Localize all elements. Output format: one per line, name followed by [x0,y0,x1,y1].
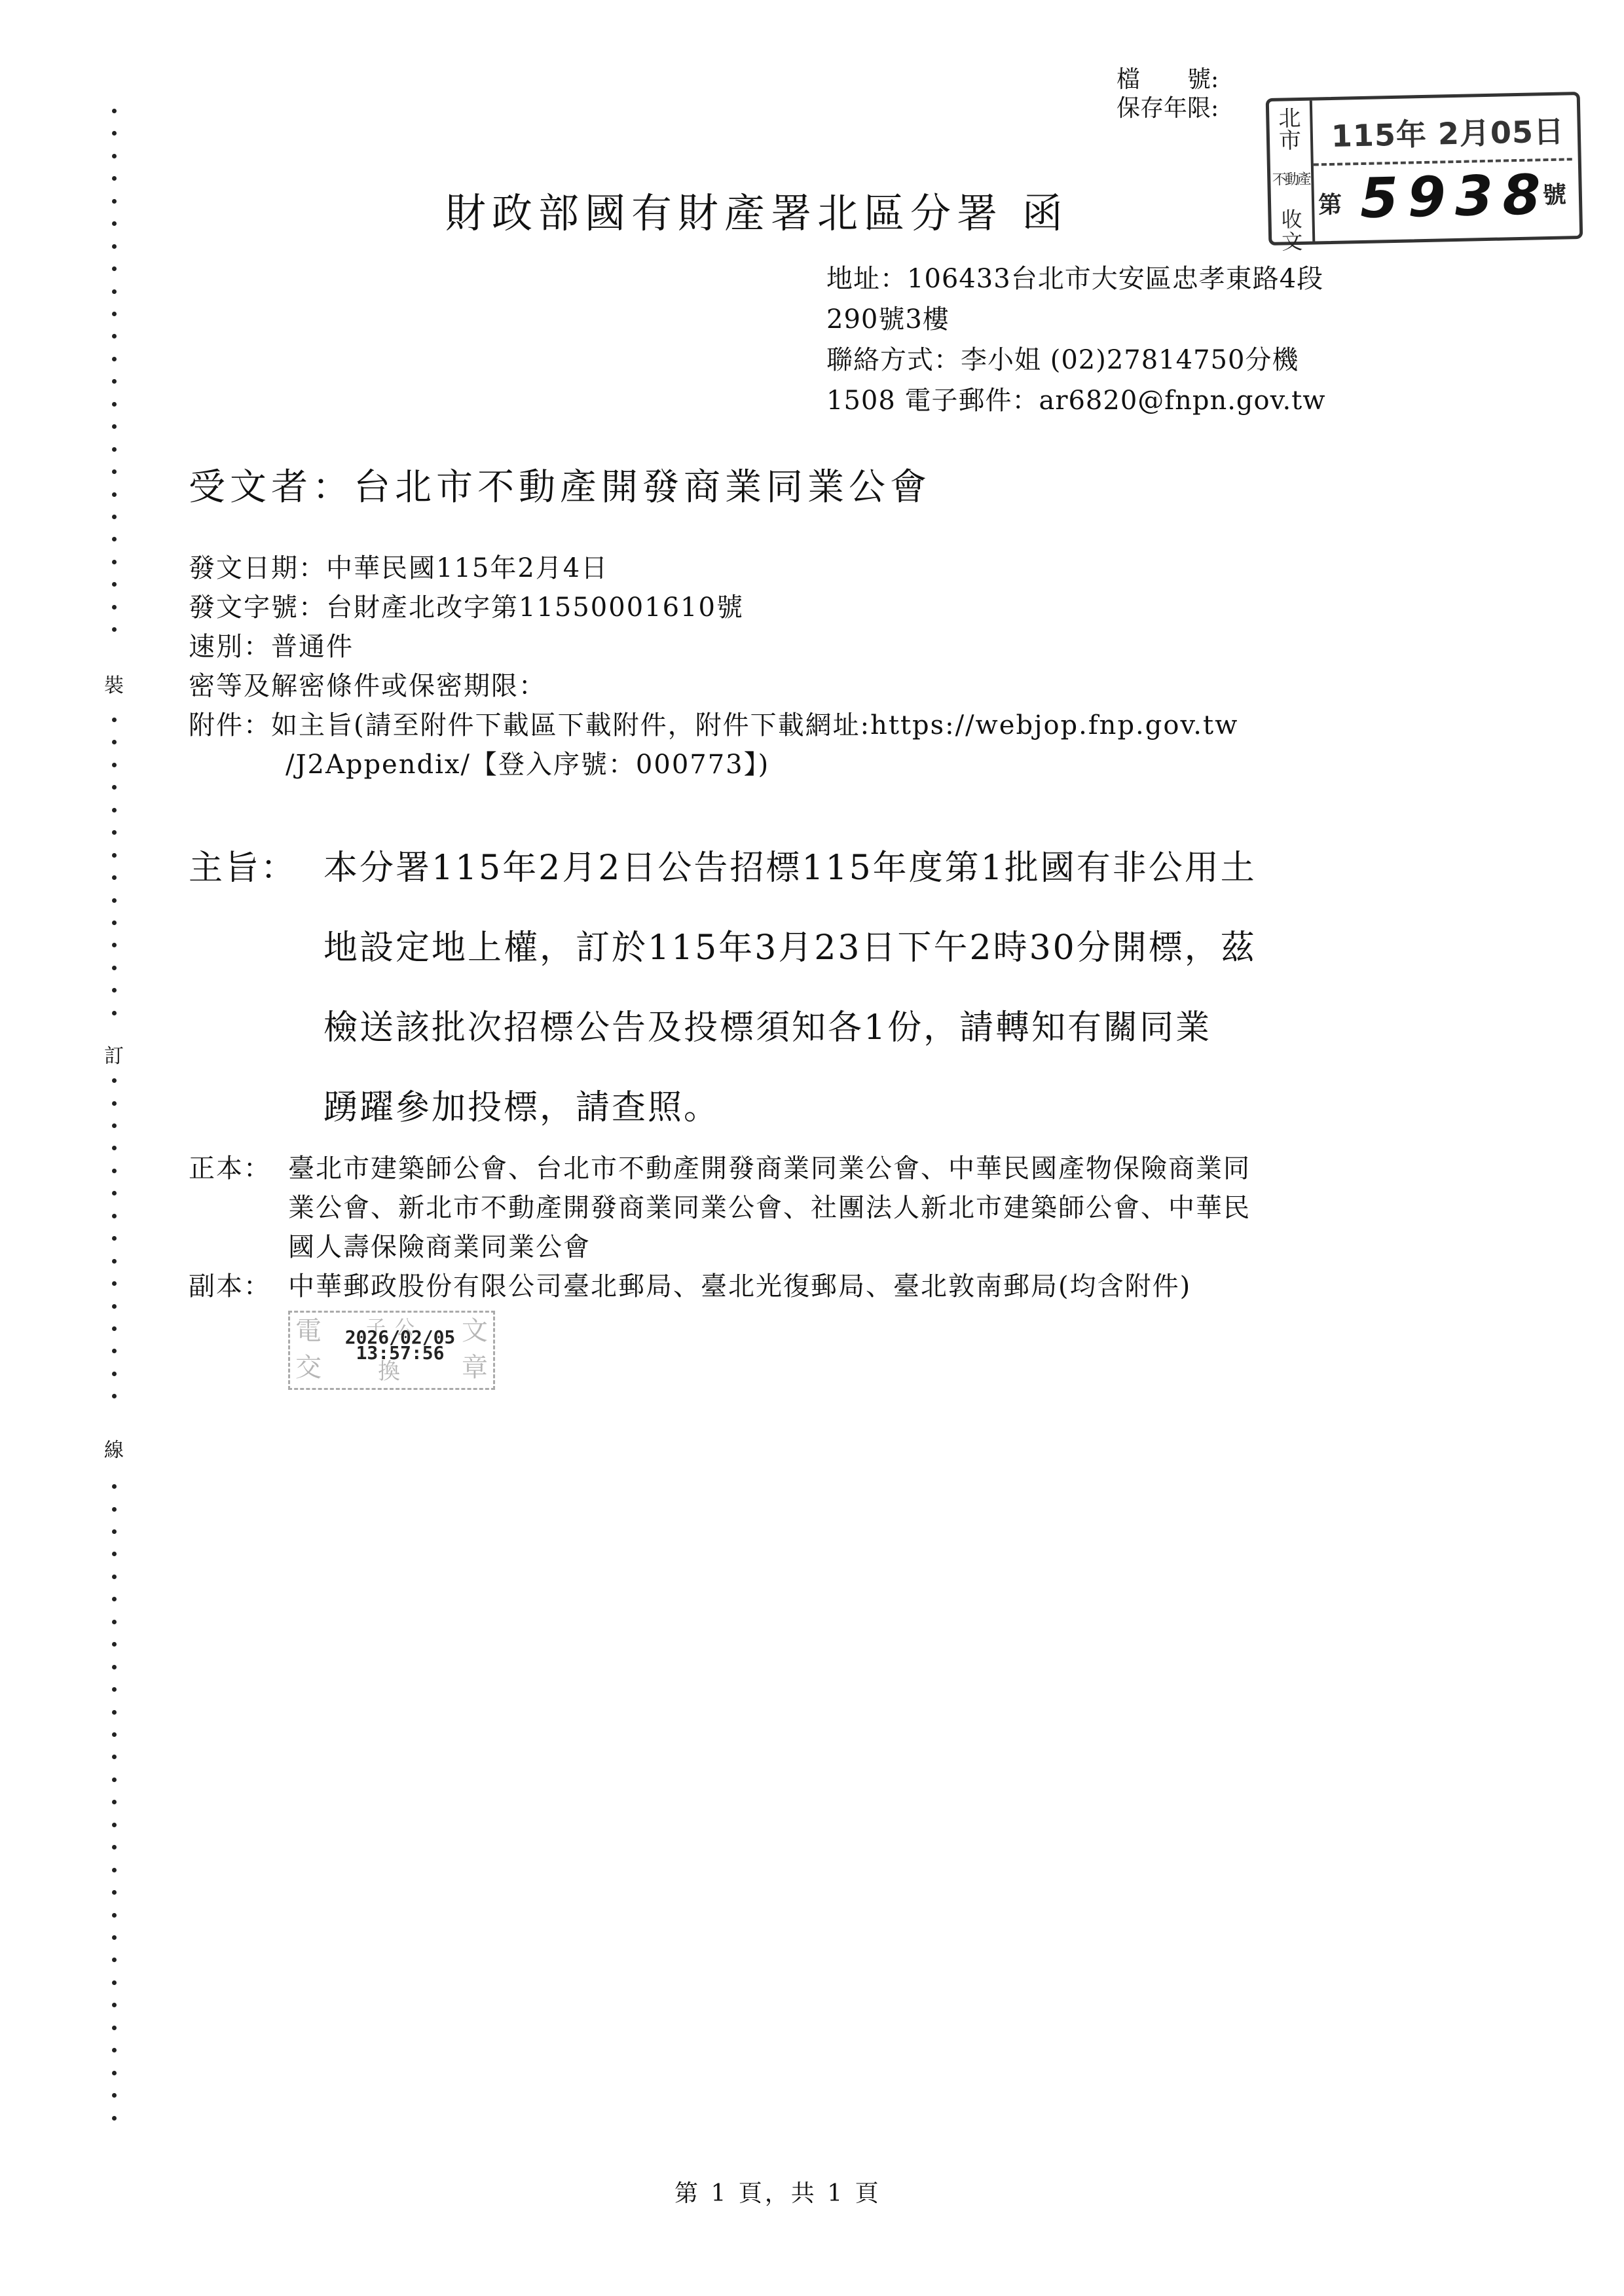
binding-dot [112,718,117,722]
binding-dot [112,1755,117,1759]
binding-dot [112,943,117,947]
binding-dot [112,1800,117,1804]
binding-dot [112,1732,117,1737]
binding-dot [112,312,117,316]
stamp-char: 交 [295,1355,322,1381]
binding-dot [112,447,117,452]
binding-dot [112,1687,117,1692]
binding-dot [112,1913,117,1918]
binding-dot [112,1980,117,1985]
binding-dot [112,605,117,610]
file-number-label: 檔 號: [1116,65,1219,94]
original-recipients: 正本： 臺北市建築師公會、台北市不動產開發商業同業公會、中華民國產物保險商業同 … [189,1149,1251,1267]
binding-dot [112,1236,117,1241]
binding-dot [112,966,117,970]
stamp-char: 電 [295,1318,322,1344]
binding-dot [112,1935,117,1940]
attachment-line2: /J2Appendix/【登入序號：000773】) [189,745,1238,784]
binding-dot [112,379,117,384]
binding-dot [112,1011,117,1015]
cc-label: 副本： [189,1267,288,1306]
stamp-timestamp: 2026/02/05 13:57:56 [335,1330,466,1361]
original-line: 臺北市建築師公會、台北市不動產開發商業同業公會、中華民國產物保險商業同 [288,1149,1251,1188]
binding-dot [112,109,117,113]
binding-dot [112,1823,117,1827]
stamp-org-column: 北市 不動產 收文 [1269,101,1315,242]
binding-dot [112,1259,117,1264]
sender-contact-line1: 聯絡方式：李小姐 (02)27814750分機 [826,340,1326,380]
binding-dot [112,853,117,858]
binding-dot [112,1507,117,1512]
binding-dot [112,357,117,361]
binding-dot [112,1349,117,1353]
binding-dot [112,537,117,541]
binding-dot [112,740,117,744]
subject-line: 踴躍參加投標，請查照。 [323,1068,1257,1148]
subject-label: 主旨： [189,828,323,1148]
binding-dot [112,334,117,338]
recipient-label: 受文者： [189,466,354,509]
original-line: 業公會、新北市不動產開發商業同業公會、社團法人新北市建築師公會、中華民 [288,1188,1251,1228]
binding-dot [112,898,117,903]
binding-dot [112,469,117,474]
binding-dot [112,2093,117,2098]
subject-line: 檢送該批次招標公告及投標須知各1份，請轉知有關同業 [323,988,1257,1068]
sender-address-line1: 地址：106433台北市大安區忠孝東路4段 [826,259,1326,299]
binding-dot [112,1642,117,1647]
binding-dot [112,266,117,271]
sender-info: 地址：106433台北市大安區忠孝東路4段 290號3樓 聯絡方式：李小姐 (0… [826,259,1326,421]
stamp-org-line1: 北市 [1269,107,1310,153]
binding-dot [112,2003,117,2007]
binding-dot [112,785,117,790]
exchange-stamp: 電 子 公 文 交 換 章 2026/02/05 13:57:56 [288,1311,495,1390]
binding-dot [112,515,117,519]
sender-address-line2: 290號3樓 [826,299,1326,340]
subject: 主旨： 本分署115年2月2日公告招標115年度第1批國有非公用土 地設定地上權… [189,828,1257,1148]
binding-mark: 裝 [102,674,126,698]
binding-dot [112,560,117,564]
binding-dot [112,920,117,925]
binding-dot [112,131,117,136]
receipt-stamp: 北市 不動產 收文 115年 2月05日 第 5938 號 [1266,92,1583,246]
binding-dot [112,627,117,632]
binding-dot [112,808,117,812]
subject-line: 本分署115年2月2日公告招標115年度第1批國有非公用土 [323,828,1257,908]
file-info: 檔 號: 保存年限: [1116,65,1219,123]
binding-dot [112,154,117,158]
binding-dot [112,1868,117,1872]
original-label: 正本： [189,1149,288,1267]
binding-dot [112,402,117,407]
speed-class: 速別：普通件 [189,627,1238,666]
binding-dot [112,1123,117,1128]
stamp-number: 第 5938 號 [1314,162,1574,236]
binding-dot [112,2048,117,2052]
subject-line: 地設定地上權，訂於115年3月23日下午2時30分開標，茲 [323,908,1257,988]
cc-recipients: 副本： 中華郵政股份有限公司臺北郵局、臺北光復郵局、臺北敦南郵局(均含附件) [189,1267,1251,1306]
binding-dot [112,1101,117,1106]
binding-dot [112,1304,117,1309]
binding-dot [112,244,117,249]
binding-dot [112,1326,117,1331]
binding-dot [112,221,117,226]
binding-dot [112,1552,117,1556]
distribution: 正本： 臺北市建築師公會、台北市不動產開發商業同業公會、中華民國產物保險商業同 … [189,1149,1251,1306]
document-title: 財政部國有財產署北區分署 函 [445,187,1069,240]
doc-number: 發文字號：台財產北改字第11550001610號 [189,588,1238,627]
binding-dot [112,1214,117,1218]
binding-dot [112,1665,117,1669]
binding-dot [112,176,117,181]
document-meta: 發文日期：中華民國115年2月4日 發文字號：台財產北改字第1155000161… [189,549,1238,784]
binding-dot [112,763,117,767]
binding-dot [112,1845,117,1850]
binding-dot [112,830,117,835]
recipient-name: 台北市不動產開發商業同業公會 [354,466,931,509]
binding-margin: 裝訂線 [110,109,119,2145]
binding-dot [112,1575,117,1579]
stamp-number-prefix: 第 [1318,187,1342,221]
binding-dot [112,2026,117,2030]
binding-dot [112,2116,117,2121]
page-footer: 第 1 頁，共 1 頁 [674,2175,881,2208]
binding-dot [112,1394,117,1398]
attachment-line1: 附件：如主旨(請至附件下載區下載附件，附件下載網址:https://webjop… [189,706,1238,745]
binding-dot [112,875,117,880]
original-line: 國人壽保險商業同業公會 [288,1228,1251,1267]
binding-dot [112,2071,117,2075]
sender-contact-line2: 1508 電子郵件：ar6820@fnpn.gov.tw [826,380,1326,421]
stamp-org-line2: 不動產 [1270,169,1312,192]
binding-dot [112,289,117,294]
stamp-handwritten-number: 5938 [1359,162,1551,230]
stamp-date: 115年 2月05日 [1312,108,1572,166]
binding-dot [112,492,117,497]
binding-dot [112,1620,117,1624]
issue-date: 發文日期：中華民國115年2月4日 [189,549,1238,588]
binding-dot [112,1890,117,1895]
stamp-org-line3: 收文 [1271,208,1312,253]
binding-dot [112,1372,117,1376]
binding-dot [112,1710,117,1715]
binding-dot [112,1958,117,1962]
binding-dot [112,1078,117,1083]
binding-dot [112,1529,117,1534]
classification: 密等及解密條件或保密期限： [189,666,1238,706]
stamp-char: 章 [462,1355,488,1381]
binding-dot [112,1777,117,1782]
binding-dot [112,1146,117,1150]
retention-period-label: 保存年限: [1116,94,1219,123]
binding-dot [112,1281,117,1286]
binding-dot [112,1597,117,1601]
binding-dot [112,1169,117,1173]
stamp-char: 文 [462,1318,488,1344]
binding-dot [112,1191,117,1195]
cc-line: 中華郵政股份有限公司臺北郵局、臺北光復郵局、臺北敦南郵局(均含附件) [288,1267,1191,1306]
binding-dot [112,582,117,587]
binding-dot [112,424,117,429]
binding-dot [112,988,117,993]
binding-dot [112,199,117,204]
binding-mark: 線 [102,1439,126,1463]
binding-dot [112,1484,117,1489]
binding-mark: 訂 [102,1045,126,1068]
recipient: 受文者：台北市不動產開發商業同業公會 [189,462,931,514]
stamp-number-suffix: 號 [1542,176,1566,210]
